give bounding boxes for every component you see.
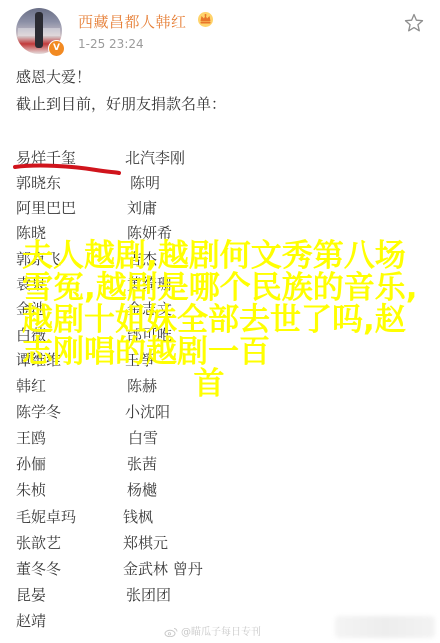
donor-left: 孙俪 [16, 453, 46, 474]
donor-right: 黄绮珊 [127, 273, 172, 294]
donor-left: 郭京飞 [16, 248, 61, 269]
post-text-line-1: 感恩大爱！ [16, 66, 91, 87]
donor-right: 吉杰 [127, 248, 157, 269]
list-item: 易烊千玺 北汽李刚 [0, 147, 440, 171]
donor-right: 邰可唯 [127, 324, 172, 345]
list-item: 毛妮卓玛 钱枫 [0, 506, 440, 530]
donor-right: 刘庸 [127, 197, 157, 218]
list-item: 白薇 邰可唯 [0, 324, 440, 348]
watermark: @瞄瓜子每日专刊 [164, 623, 261, 638]
donor-right: 钱枫 [123, 506, 153, 527]
donor-left: 赵靖 [16, 610, 46, 631]
list-item: 郭晓东 陈明 [0, 172, 440, 196]
donor-left: 白薇 [16, 324, 46, 345]
donor-left: 王鸥 [16, 427, 46, 448]
donor-left: 谭维维 [16, 349, 61, 370]
list-item: 孙俪 张茜 [0, 453, 440, 477]
donor-right: 金志文 [127, 298, 172, 319]
list-item: 陈学冬 小沈阳 [0, 401, 440, 425]
donor-right: 郑棋元 [123, 532, 168, 553]
donor-left: 董冬冬 [16, 558, 61, 579]
blurred-watermark [335, 616, 435, 638]
donor-right: 北汽李刚 [125, 147, 185, 168]
watermark-text: @瞄瓜子每日专刊 [181, 627, 261, 638]
favorite-star-icon[interactable] [403, 12, 425, 34]
donor-left: 袁泉 [16, 273, 46, 294]
donor-left: 陈学冬 [16, 401, 61, 422]
verified-badge: V [48, 40, 65, 57]
donor-left: 朱桢 [16, 479, 46, 500]
donor-right: 陈妍希 [127, 222, 172, 243]
post-timestamp: 1-25 23:24 [78, 37, 144, 51]
donor-right: 张团团 [126, 584, 171, 605]
donor-left: 易烊千玺 [16, 147, 76, 168]
list-item: 王鸥 白雪 [0, 427, 440, 451]
weibo-icon [164, 627, 178, 637]
donor-left: 昆晏 [16, 584, 46, 605]
donor-left: 张歆艺 [16, 532, 61, 553]
list-item: 张歆艺 郑棋元 [0, 532, 440, 556]
list-item: 袁泉 黄绮珊 [0, 273, 440, 297]
donor-right: 杨樾 [127, 479, 157, 500]
donor-right: 白雪 [128, 427, 158, 448]
list-item: 韩红 陈赫 [0, 375, 440, 399]
donor-right: 陈明 [130, 172, 160, 193]
donor-right: 王筝 [125, 349, 155, 370]
list-item: 朱桢 杨樾 [0, 479, 440, 503]
crown-icon [197, 11, 214, 27]
donor-left: 毛妮卓玛 [16, 506, 76, 527]
donor-left: 陈晓 [16, 222, 46, 243]
donor-right: 陈赫 [127, 375, 157, 396]
donor-left: 阿里巴巴 [16, 197, 76, 218]
list-item: 昆晏 张团团 [0, 584, 440, 608]
post-text-line-2: 截止到目前，好朋友捐款名单： [16, 93, 226, 114]
donor-right: 金武林 曾丹 [123, 558, 203, 579]
donor-left: 金池 [16, 298, 46, 319]
list-item: 董冬冬 金武林 曾丹 [0, 558, 440, 582]
donor-right: 小沈阳 [125, 401, 170, 422]
author-name[interactable]: 西藏昌都人韩红 [78, 11, 187, 32]
avatar-figure [35, 12, 43, 48]
list-item: 阿里巴巴 刘庸 [0, 197, 440, 221]
donor-left: 郭晓东 [16, 172, 61, 193]
list-item: 金池 金志文 [0, 298, 440, 322]
list-item: 陈晓 陈妍希 [0, 222, 440, 246]
donor-right: 张茜 [127, 453, 157, 474]
list-item: 郭京飞 吉杰 [0, 248, 440, 272]
list-item: 谭维维 王筝 [0, 349, 440, 373]
donor-left: 韩红 [16, 375, 46, 396]
